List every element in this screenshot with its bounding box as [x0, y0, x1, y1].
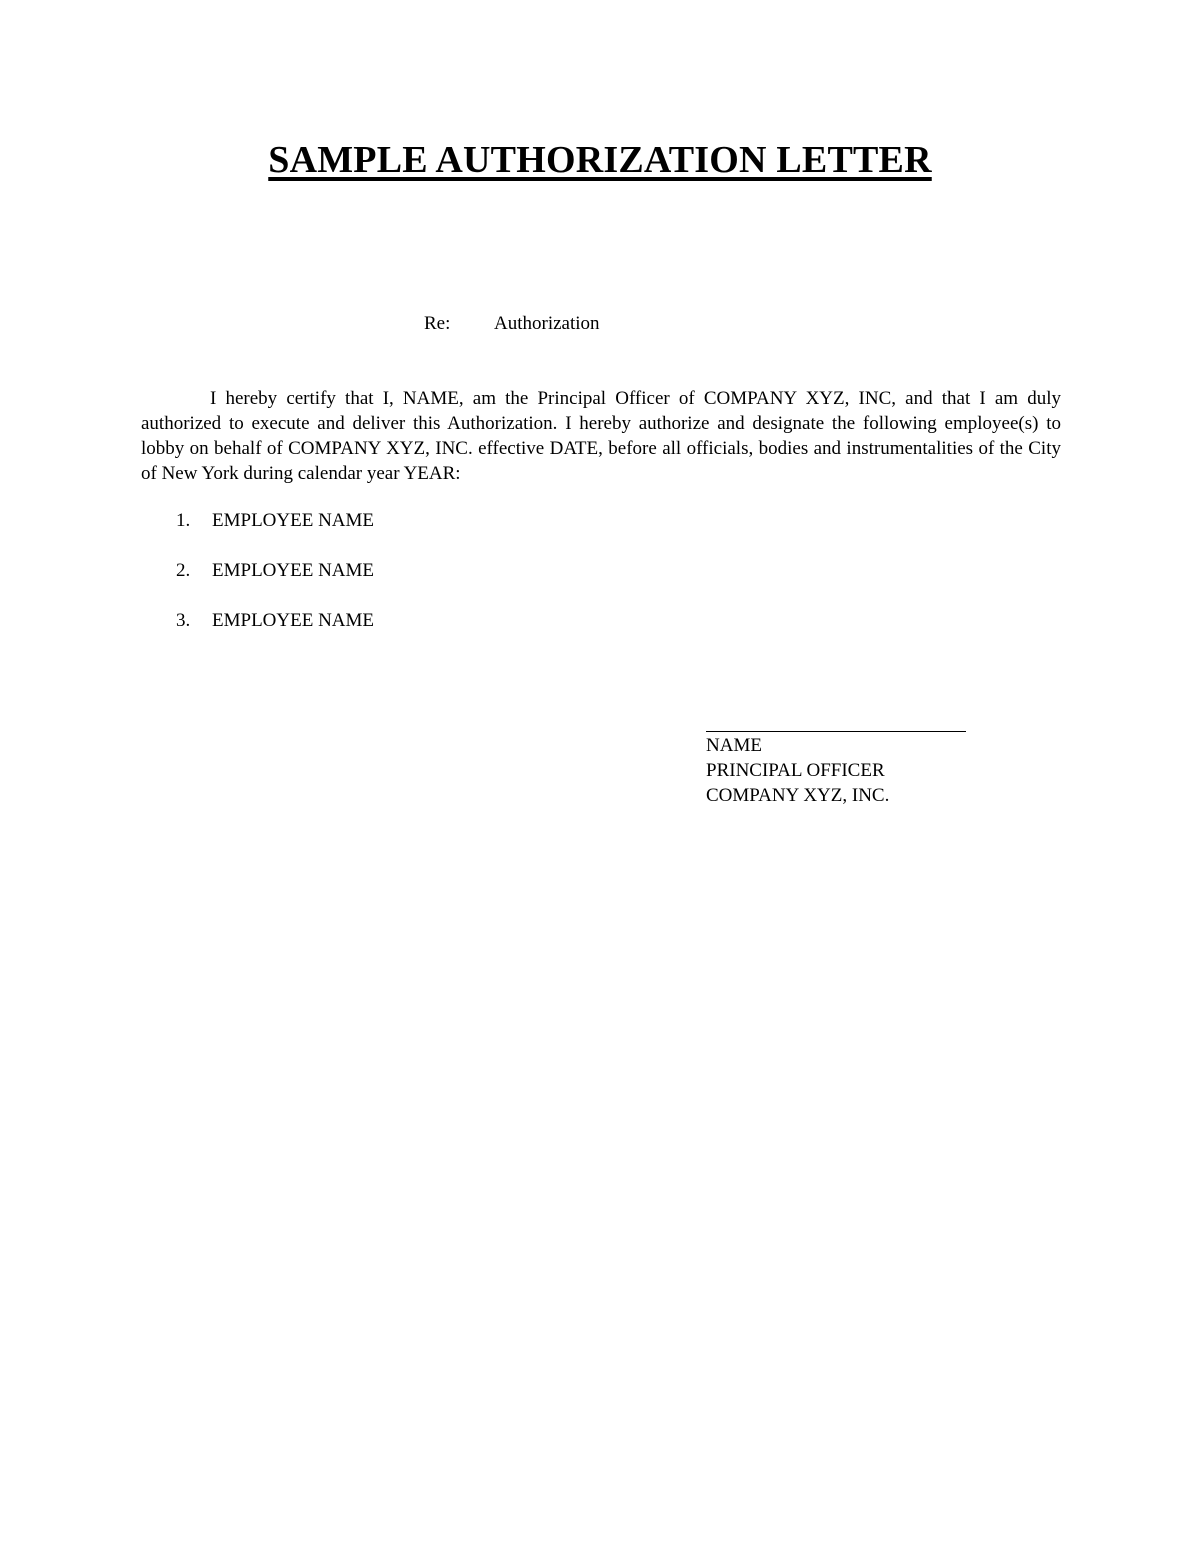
list-number: 3.	[176, 610, 212, 660]
employee-name: EMPLOYEE NAME	[212, 610, 374, 660]
list-item: 1. EMPLOYEE NAME	[176, 510, 374, 560]
signer-name: NAME	[706, 733, 889, 758]
list-number: 1.	[176, 510, 212, 560]
re-subject: Authorization	[494, 313, 600, 334]
re-label: Re:	[424, 313, 494, 335]
signer-title: PRINCIPAL OFFICER	[706, 758, 889, 783]
signature-block: NAME PRINCIPAL OFFICER COMPANY XYZ, INC.	[706, 733, 889, 808]
list-item: 2. EMPLOYEE NAME	[176, 560, 374, 610]
re-line: Re:Authorization	[424, 313, 600, 335]
list-number: 2.	[176, 560, 212, 610]
document-title: SAMPLE AUTHORIZATION LETTER	[0, 138, 1200, 182]
employee-name: EMPLOYEE NAME	[212, 560, 374, 610]
employee-list: 1. EMPLOYEE NAME 2. EMPLOYEE NAME 3. EMP…	[176, 510, 374, 660]
signer-company: COMPANY XYZ, INC.	[706, 783, 889, 808]
employee-name: EMPLOYEE NAME	[212, 510, 374, 560]
list-item: 3. EMPLOYEE NAME	[176, 610, 374, 660]
body-text: I hereby certify that I, NAME, am the Pr…	[141, 388, 1061, 484]
body-paragraph: I hereby certify that I, NAME, am the Pr…	[141, 386, 1061, 486]
signature-line	[706, 731, 966, 732]
